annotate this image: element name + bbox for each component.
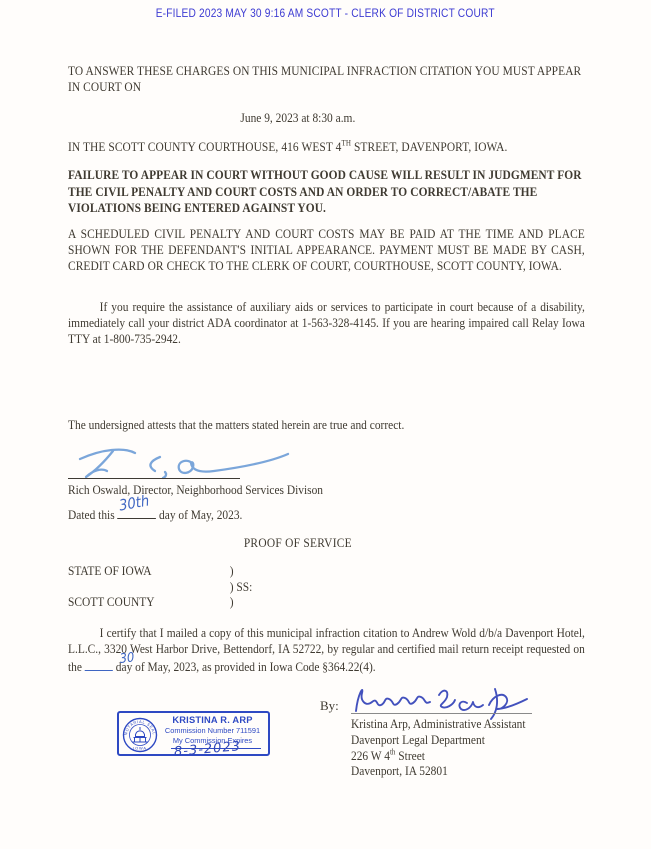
proof-of-service-title: PROOF OF SERVICE xyxy=(68,535,528,551)
arp-city-line: Davenport, IA 52801 xyxy=(351,763,580,779)
dated-day-blank: 30th xyxy=(118,504,157,519)
dated-line: Dated this 30th day of May, 2023. xyxy=(68,504,585,523)
ordinal-superscript: TH xyxy=(341,139,351,148)
certify-text-post: day of May, 2023, as provided in Iowa Co… xyxy=(116,659,376,674)
court-document-page: E-FILED 2023 MAY 30 9:16 AM SCOTT - CLER… xyxy=(0,0,651,849)
stamp-commission-number: Commission Number 711591 xyxy=(159,726,266,736)
arp-department-line: Davenport Legal Department xyxy=(351,732,580,748)
arp-street-post: Street xyxy=(395,748,425,763)
payment-paragraph: A SCHEDULED CIVIL PENALTY AND COURT COST… xyxy=(68,226,585,274)
venue-paren-top: ) xyxy=(230,563,420,579)
state-of-iowa-label: STATE OF IOWA xyxy=(68,563,230,579)
rich-oswald-signature xyxy=(72,441,298,481)
stamp-name: KRISTINA R. ARP xyxy=(159,715,266,726)
oswald-signature-line xyxy=(68,478,240,479)
court-date-line: June 9, 2023 at 8:30 a.m. xyxy=(68,110,528,126)
courthouse-text-post: STREET, DAVENPORT, IOWA. xyxy=(351,139,507,154)
venue-spacer xyxy=(68,579,230,595)
certify-paragraph: I certify that I mailed a copy of this m… xyxy=(68,625,585,675)
attestation-line: The undersigned attests that the matters… xyxy=(68,417,585,433)
dated-text-post: day of May, 2023. xyxy=(159,507,242,522)
scott-county-label: SCOTT COUNTY xyxy=(68,594,230,610)
ada-notice-paragraph: If you require the assistance of auxilia… xyxy=(68,299,585,347)
venue-paren-bottom: ) xyxy=(230,594,420,610)
arp-signature-line xyxy=(351,713,532,714)
dated-day-handwritten: 30th xyxy=(118,492,150,513)
arp-name-title-line: Kristina Arp, Administrative Assistant xyxy=(351,716,580,732)
notarial-seal-icon: NOTARIAL SEAL IOWA xyxy=(121,716,159,754)
notary-stamp: NOTARIAL SEAL IOWA KRISTINA R. ARP Commi… xyxy=(117,711,270,756)
seal-bottom-text: IOWA xyxy=(133,746,146,751)
courthouse-text-pre: IN THE SCOTT COUNTY COURTHOUSE, 416 WEST… xyxy=(68,139,341,154)
dated-text-pre: Dated this xyxy=(68,507,115,522)
failure-warning-paragraph: FAILURE TO APPEAR IN COURT WITHOUT GOOD … xyxy=(68,167,585,217)
mailing-day-blank: 30 xyxy=(85,657,113,671)
kristina-arp-signature xyxy=(349,681,539,721)
arp-street-line: 226 W 4th Street xyxy=(351,748,580,764)
efiled-banner: E-FILED 2023 MAY 30 9:16 AM SCOTT - CLER… xyxy=(0,7,650,20)
by-label: By: xyxy=(320,698,339,714)
appearance-paragraph: TO ANSWER THESE CHARGES ON THIS MUNICIPA… xyxy=(68,63,585,95)
ss-label: ) SS: xyxy=(230,579,420,595)
arp-street-pre: 226 W 4 xyxy=(351,748,390,763)
arp-address-block: Kristina Arp, Administrative Assistant D… xyxy=(351,716,580,779)
courthouse-line: IN THE SCOTT COUNTY COURTHOUSE, 416 WEST… xyxy=(68,139,585,155)
capitol-dome-icon xyxy=(133,727,148,742)
venue-block: STATE OF IOWA ) ) SS: SCOTT COUNTY ) xyxy=(68,563,420,610)
